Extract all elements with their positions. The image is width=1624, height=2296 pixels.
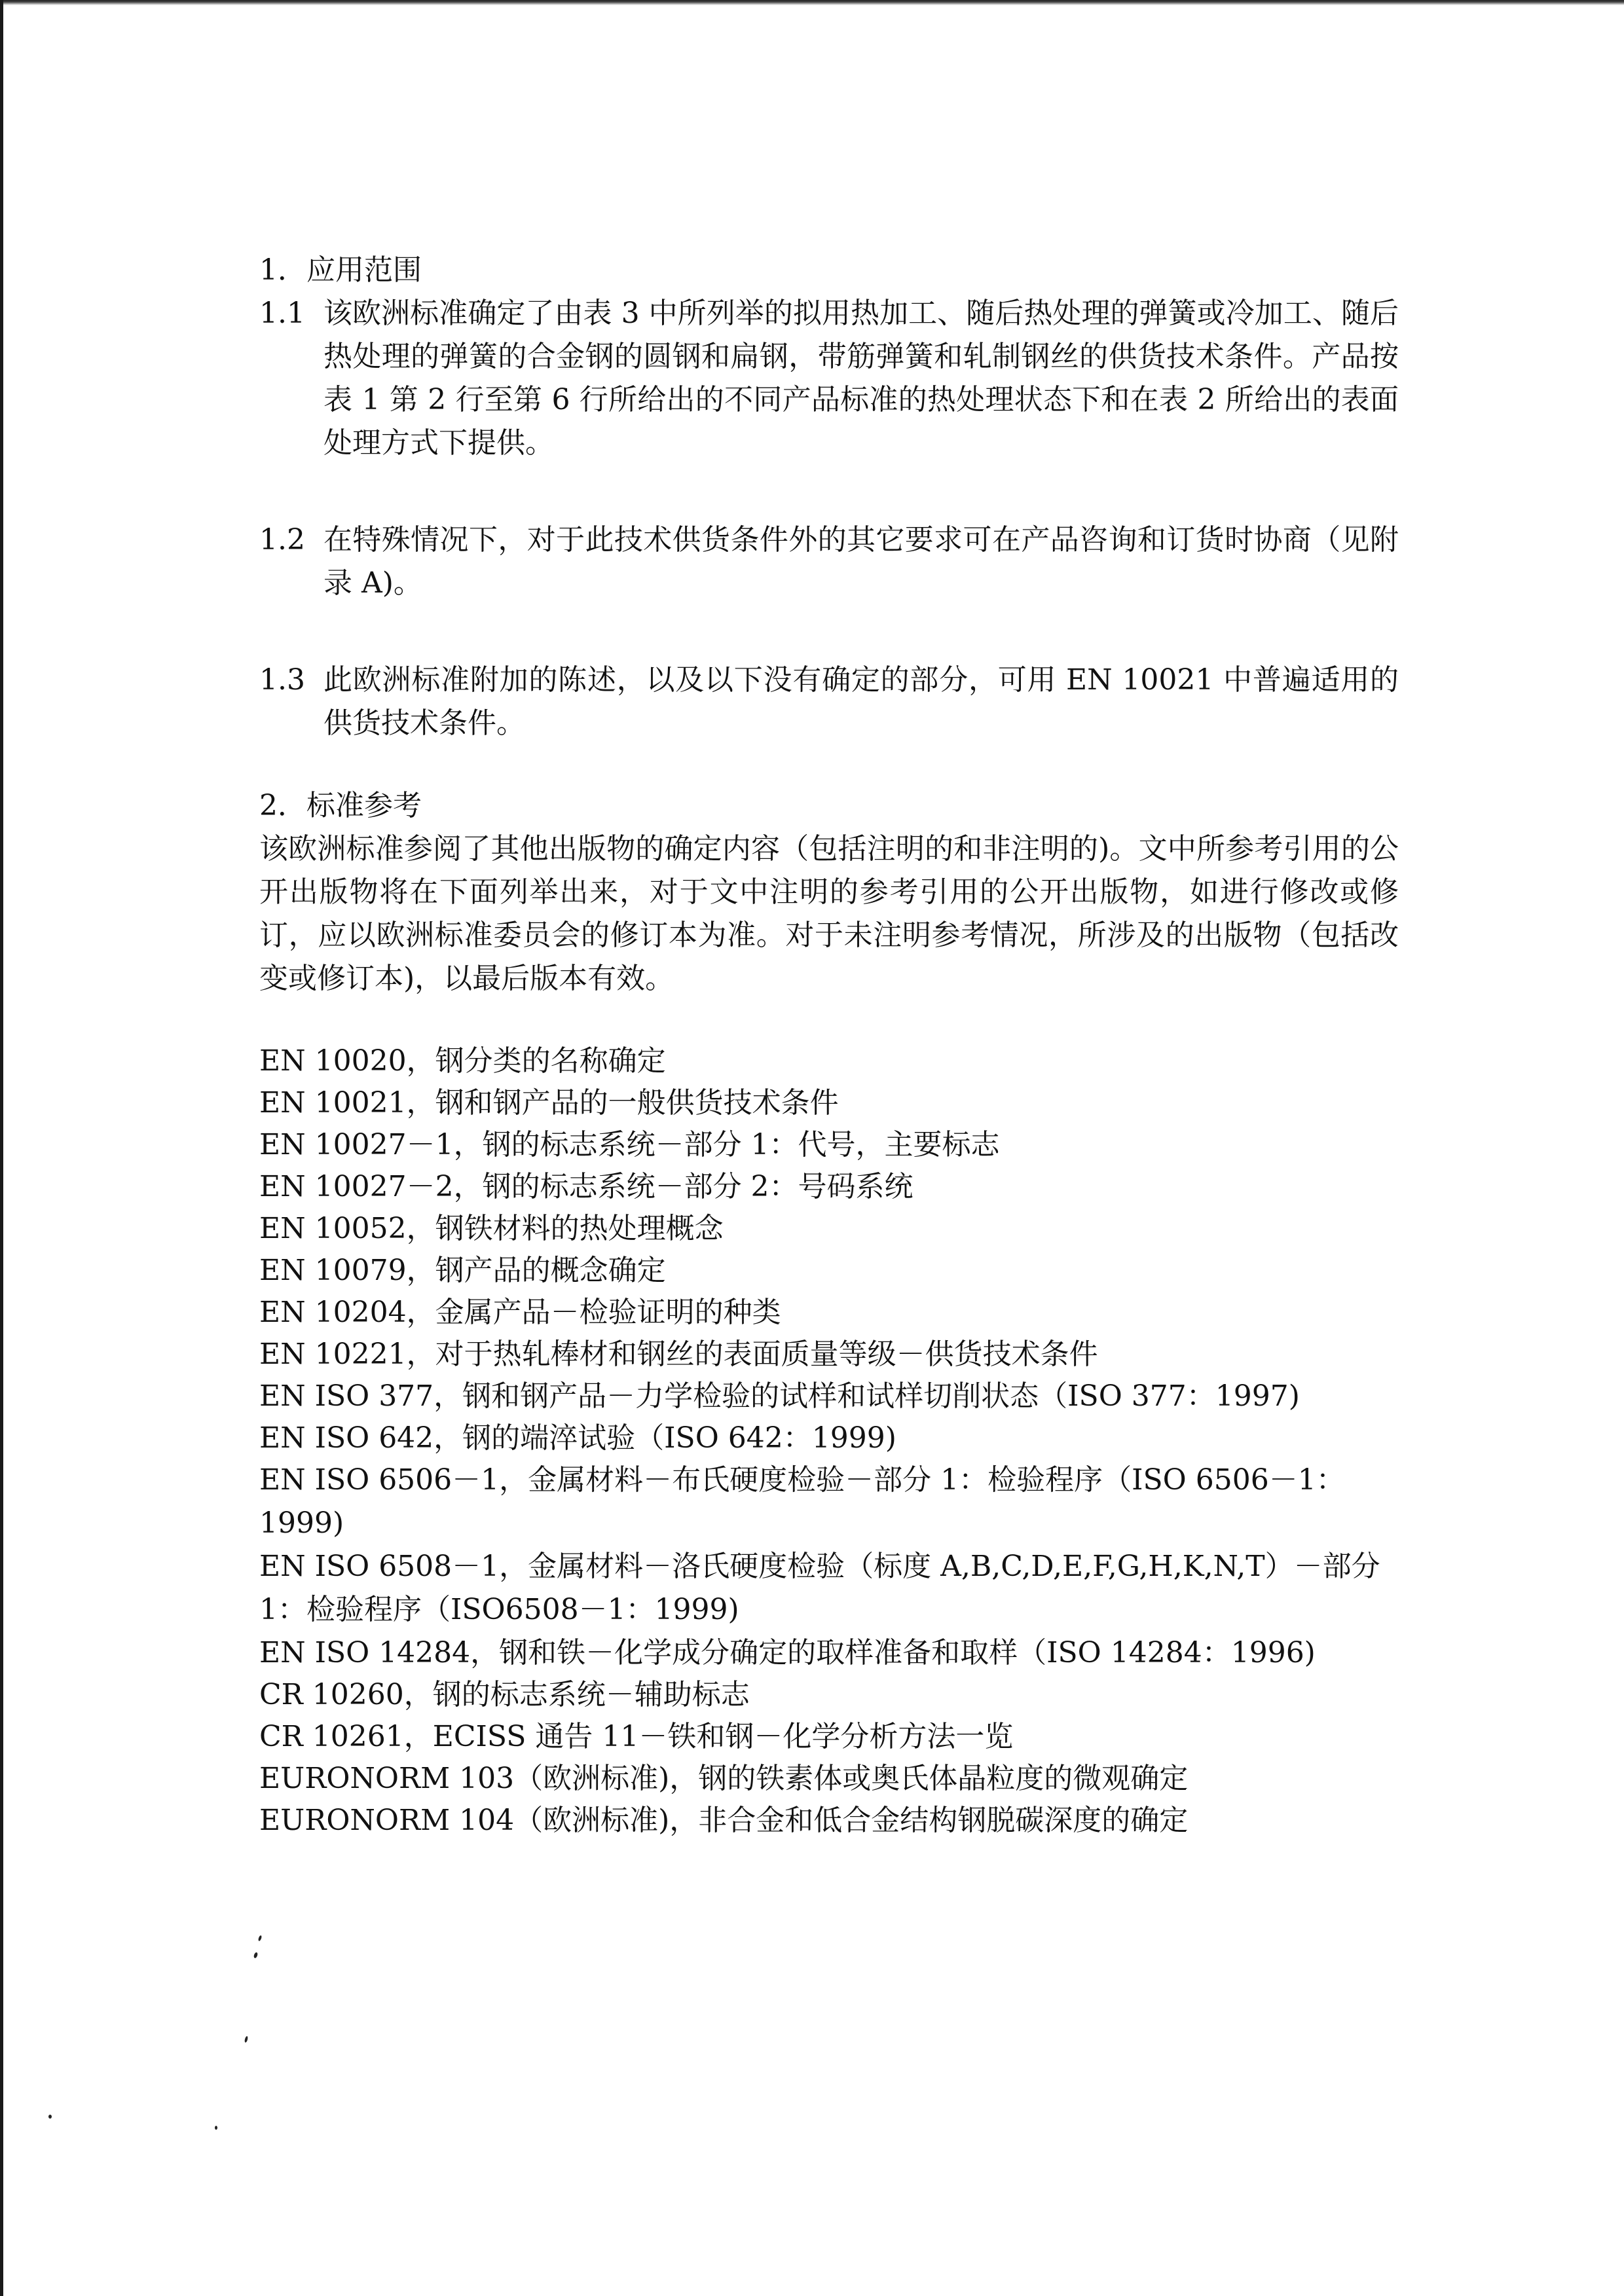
reference-item: EURONORM 104（欧洲标准)，非合金和低合金结构钢脱碳深度的确定 [259, 1799, 1399, 1841]
scan-speck [258, 1935, 263, 1942]
scan-speck [215, 2126, 217, 2130]
scan-edge-top [0, 0, 1624, 5]
scan-edge-left [0, 0, 3, 2296]
section-2-intro: 该欧洲标准参阅了其他出版物的确定内容（包括注明的和非注明的)。文中所参考引用的公… [259, 828, 1399, 1000]
reference-item: EN 10027－2，钢的标志系统－部分 2：号码系统 [259, 1165, 1399, 1207]
scan-speck [244, 2036, 248, 2043]
clause-text: 在特殊情况下，对于此技术供货条件外的其它要求可在产品咨询和订货时协商（见附录 A… [323, 523, 1399, 600]
clause-number: 1.1 [259, 292, 305, 335]
reference-item: EN ISO 642，钢的端淬试验（ISO 642：1999) [259, 1417, 1399, 1459]
reference-item: EURONORM 103（欧洲标准)，钢的铁素体或奥氏体晶粒度的微观确定 [259, 1757, 1399, 1799]
clause-text: 该欧洲标准确定了由表 3 中所列举的拟用热加工、随后热处理的弹簧或冷加工、随后热… [323, 297, 1399, 460]
reference-item: EN ISO 377，钢和钢产品－力学检验的试样和试样切削状态（ISO 377：… [259, 1375, 1399, 1417]
clause-number: 1.2 [259, 519, 305, 562]
section-2-heading: 2．标准参考 [259, 784, 1399, 828]
reference-item: CR 10260，钢的标志系统－辅助标志 [259, 1673, 1399, 1715]
document-page: 1．应用范围 1.1 该欧洲标准确定了由表 3 中所列举的拟用热加工、随后热处理… [259, 249, 1399, 1841]
reference-item: EN 10020，钢分类的名称确定 [259, 1040, 1399, 1082]
reference-item: EN ISO 6506－1，金属材料－布氏硬度检验－部分 1：检验程序（ISO … [259, 1459, 1399, 1545]
reference-item: EN 10052，钢铁材料的热处理概念 [259, 1207, 1399, 1249]
reference-item: EN 10221，对于热轧棒材和钢丝的表面质量等级－供货技术条件 [259, 1333, 1399, 1375]
spacer [259, 1000, 1399, 1040]
reference-item: EN ISO 6508－1，金属材料－洛氏硬度检验（标度 A,B,C,D,E,F… [259, 1545, 1399, 1631]
reference-item: EN 10204，金属产品－检验证明的种类 [259, 1291, 1399, 1333]
clause-number: 1.3 [259, 659, 305, 702]
clause-text: 此欧洲标准附加的陈述，以及以下没有确定的部分，可用 EN 10021 中普遍适用… [323, 663, 1399, 740]
spacer [259, 605, 1399, 659]
reference-item: EN 10021，钢和钢产品的一般供货技术条件 [259, 1082, 1399, 1123]
reference-item: EN 10027－1，钢的标志系统－部分 1：代号，主要标志 [259, 1123, 1399, 1165]
clause-1-2: 1.2 在特殊情况下，对于此技术供货条件外的其它要求可在产品咨询和订货时协商（见… [259, 519, 1399, 605]
section-1-heading: 1．应用范围 [259, 249, 1399, 292]
clause-1-1: 1.1 该欧洲标准确定了由表 3 中所列举的拟用热加工、随后热处理的弹簧或冷加工… [259, 292, 1399, 465]
spacer [259, 465, 1399, 519]
clause-1-3: 1.3 此欧洲标准附加的陈述，以及以下没有确定的部分，可用 EN 10021 中… [259, 659, 1399, 745]
reference-list: EN 10020，钢分类的名称确定 EN 10021，钢和钢产品的一般供货技术条… [259, 1040, 1399, 1841]
reference-item: EN 10079，钢产品的概念确定 [259, 1249, 1399, 1291]
spacer [259, 745, 1399, 784]
reference-item: CR 10261，ECISS 通告 11－铁和钢－化学分析方法一览 [259, 1715, 1399, 1757]
reference-item: EN ISO 14284，钢和铁－化学成分确定的取样准备和取样（ISO 1428… [259, 1631, 1399, 1673]
scan-speck [253, 1952, 259, 1958]
scan-speck [48, 2115, 52, 2119]
